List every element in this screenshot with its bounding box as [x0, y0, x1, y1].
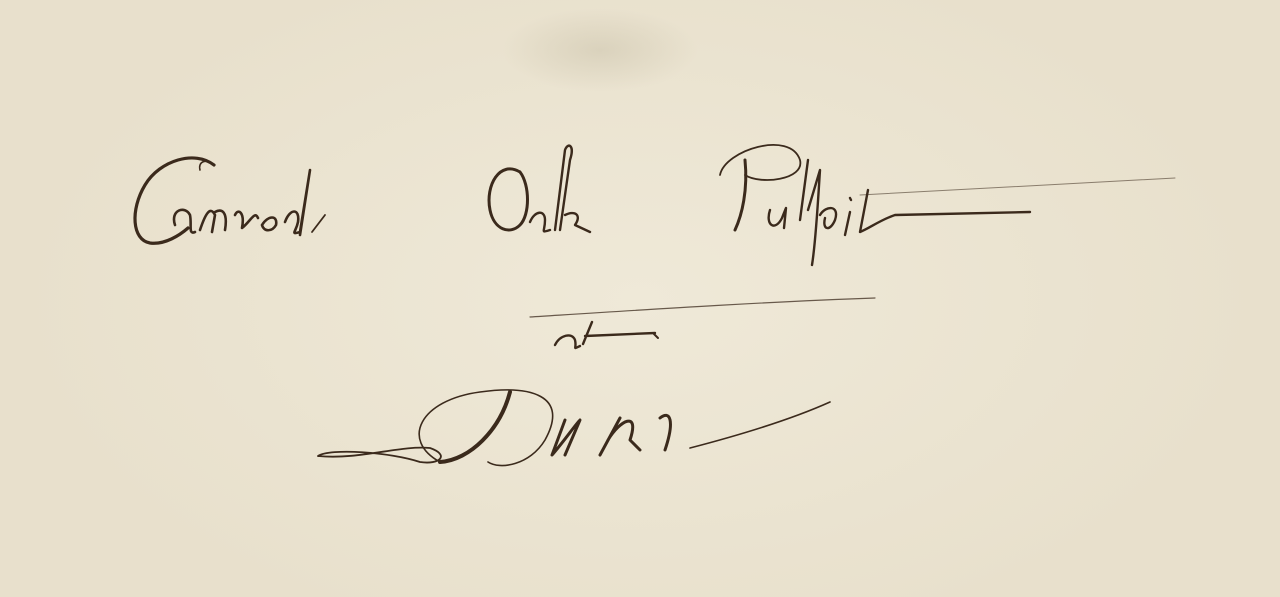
line-at: [555, 322, 658, 348]
handwriting-ink: [0, 0, 1280, 597]
rule-above-at: [530, 298, 875, 317]
rule-line-1: [860, 178, 1175, 195]
line-carved-oak-pulpit: [135, 145, 1030, 265]
manuscript-page: Carved Oak Pulpit at Dun: [0, 0, 1280, 597]
line-dun: [318, 390, 830, 466]
